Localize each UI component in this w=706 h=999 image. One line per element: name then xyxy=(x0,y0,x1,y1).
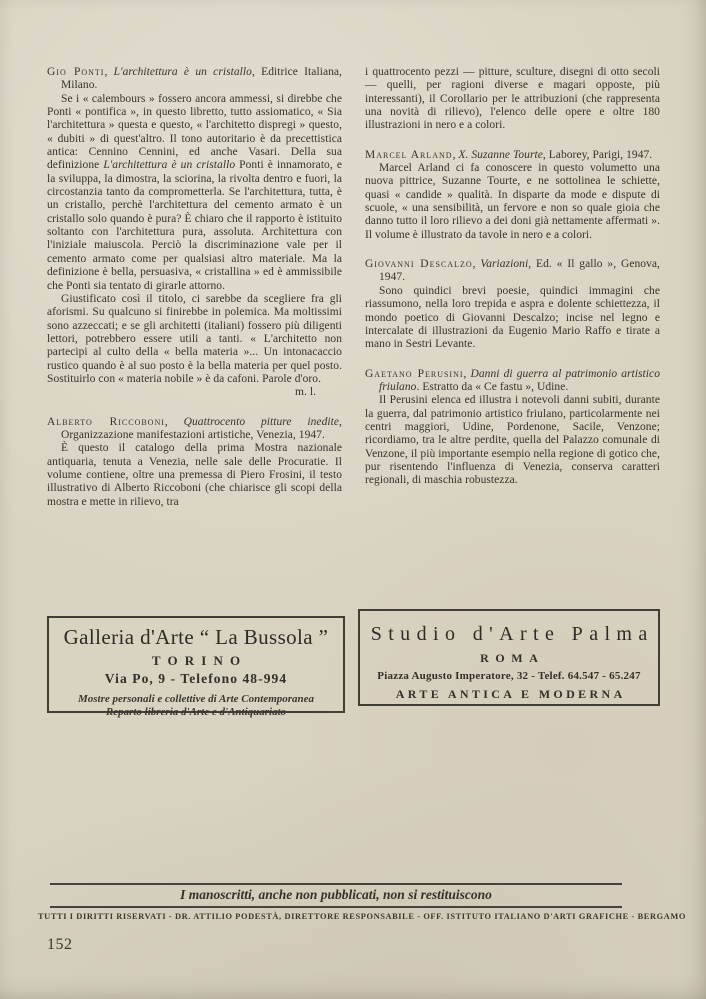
ad-studio-arte-palma: Studio d'Arte Palma ROMA Piazza Augusto … xyxy=(358,609,660,706)
reviewer-initials: m. l. xyxy=(47,386,342,399)
footer-rule-top xyxy=(50,883,622,885)
bibliography-entry-ponti: Gio Ponti, L'architettura è un cristallo… xyxy=(47,66,342,93)
left-column: Gio Ponti, L'architettura è un cristallo… xyxy=(47,66,342,509)
ad-title: Studio d'Arte Palma xyxy=(360,623,658,646)
review-paragraph: Marcel Arland ci fa conoscere in questo … xyxy=(365,162,660,242)
bibliography-entry-descalzo: Giovanni Descalzo, Variazioni, Ed. « Il … xyxy=(365,258,660,285)
review-paragraph: Se i « calembours » fossero ancora ammes… xyxy=(47,93,342,293)
bibliography-entry-riccoboni: Alberto Riccoboni, Quattrocento pitture … xyxy=(47,416,342,443)
footer-rule-bottom xyxy=(50,906,622,908)
review-paragraph-continued: i quattrocento pezzi — pitture, sculture… xyxy=(365,66,660,133)
review-columns: Gio Ponti, L'architettura è un cristallo… xyxy=(47,66,660,509)
page-number: 152 xyxy=(47,936,73,954)
right-column: i quattrocento pezzi — pitture, sculture… xyxy=(365,66,660,509)
manuscripts-notice: I manoscritti, anche non pubblicati, non… xyxy=(50,886,622,903)
ad-address: Piazza Augusto Imperatore, 32 - Telef. 6… xyxy=(360,670,658,682)
ad-tagline: Mostre personali e collettive di Arte Co… xyxy=(49,693,343,705)
colophon-line: TUTTI I DIRITTI RISERVATI - DR. ATTILIO … xyxy=(38,912,634,921)
bibliography-entry-perusini: Gaetano Perusini, Danni di guerra al pat… xyxy=(365,368,660,395)
ad-title: Galleria d'Arte “ La Bussola ” xyxy=(49,625,343,650)
review-paragraph: Giustificato così il titolo, ci sarebbe … xyxy=(47,293,342,386)
review-paragraph: Il Perusini elenca ed illustra i notevol… xyxy=(365,394,660,487)
review-paragraph: È questo il catalogo della prima Mostra … xyxy=(47,442,342,509)
ad-city: ROMA xyxy=(360,651,658,666)
ad-galleria-la-bussola: Galleria d'Arte “ La Bussola ” TORINO Vi… xyxy=(47,616,345,713)
ad-address: Via Po, 9 - Telefono 48-994 xyxy=(49,671,343,687)
scanned-journal-page: Gio Ponti, L'architettura è un cristallo… xyxy=(0,0,706,999)
ad-city: TORINO xyxy=(49,653,343,669)
bibliography-entry-arland: Marcel Arland, X. Suzanne Tourte, Labore… xyxy=(365,149,660,162)
advertisement-row: Galleria d'Arte “ La Bussola ” TORINO Vi… xyxy=(47,609,660,713)
review-paragraph: Sono quindici brevi poesie, quindici imm… xyxy=(365,285,660,352)
ad-tagline: ARTE ANTICA E MODERNA xyxy=(360,687,658,702)
ad-tagline: Reparto libreria d'Arte e d'Antiquariato xyxy=(49,706,343,718)
